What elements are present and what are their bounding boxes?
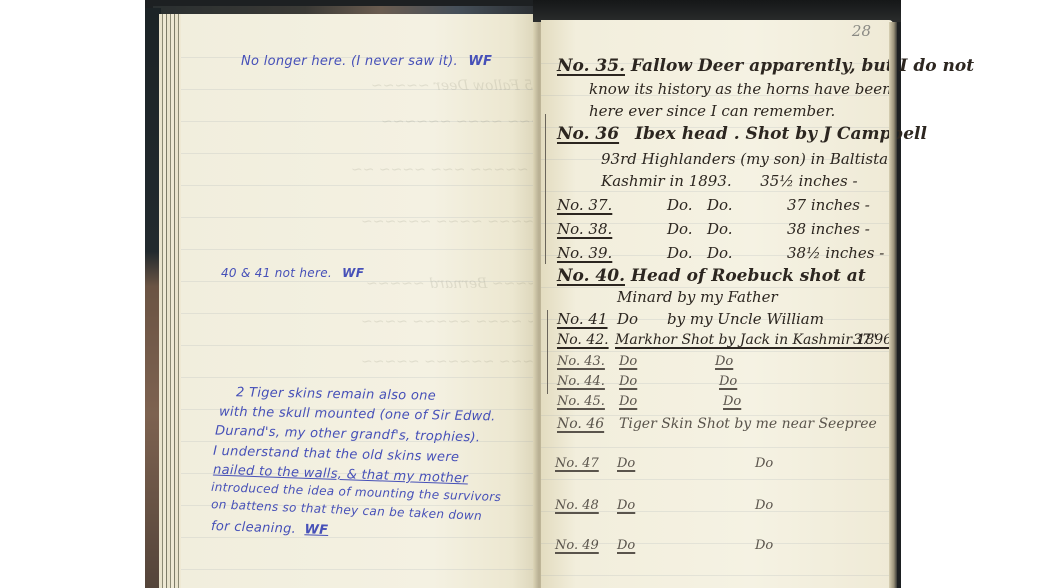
right-page: 28 No. 35. Fallow Deer apparently, but I… (541, 20, 893, 588)
top-shadow (533, 0, 901, 22)
bleed-through-text: ~~~ ~~~~ ~~~~~~ (381, 114, 542, 130)
page-number: 28 (852, 22, 871, 40)
bleed-through-text: ~~~ ~~~~~~ ~~~~~ (361, 354, 534, 370)
margin-bracket (547, 310, 548, 394)
annotation-top: No longer here. (I never saw it). WF (241, 54, 492, 69)
bleed-through-text: ~~~~~ ~~~~ ~~~~~~ (361, 214, 546, 230)
bleed-through-text: ~~~~ Bernard ~~~~~ (366, 276, 539, 292)
page-edges-right (889, 22, 897, 588)
annotation-middle: 40 & 41 not here. WF (221, 266, 364, 280)
open-notebook: No 35 Fallow Deer ~~~~~ ~~~ ~~~~ ~~~~~~ … (145, 0, 901, 588)
left-page: No 35 Fallow Deer ~~~~~ ~~~ ~~~~ ~~~~~~ … (181, 14, 541, 588)
page-edges-left (159, 14, 183, 588)
margin-bracket (545, 114, 546, 264)
